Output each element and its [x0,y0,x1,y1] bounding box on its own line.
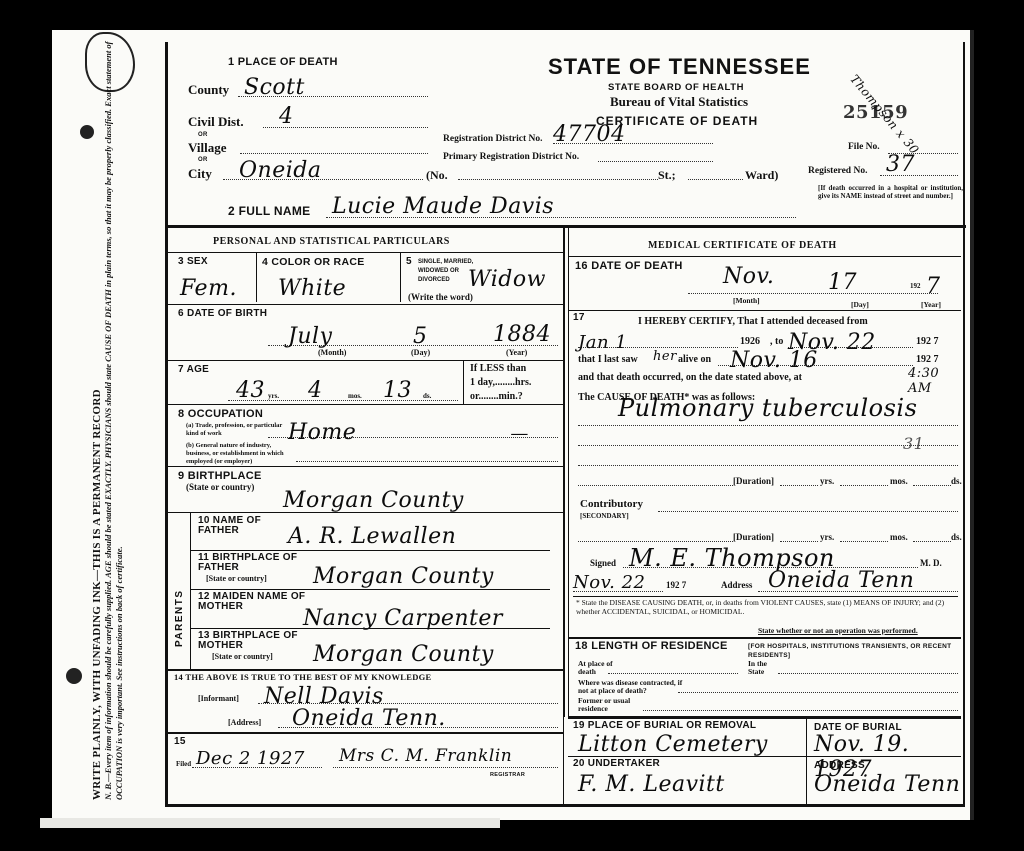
duration-label: [Duration] [733,476,774,486]
divider [568,756,961,757]
attended-from-field[interactable]: Jan 1 [578,332,738,348]
primary-registration-field[interactable] [598,152,713,162]
margin-note: N. B.—Every item of information should b… [103,40,125,800]
month-hint: (Month) [318,348,346,357]
to-label: , to [770,336,783,347]
secondary-label: [SECONDARY] [580,512,629,520]
attended-to-field[interactable]: Nov. 22 [788,330,913,348]
father-birthplace-label: 11 BIRTHPLACE OF FATHER [198,553,303,573]
marital-value[interactable]: Widow [468,267,546,292]
race-value[interactable]: White [278,276,346,301]
margin-instructions: WRITE PLAINLY, WITH UNFADING INK—THIS IS… [92,400,125,800]
city-label: City [188,166,212,182]
sex-value[interactable]: Fem. [180,276,237,301]
or-label-2: OR [198,157,208,163]
filed-date-value: Dec 2 1927 [196,748,305,769]
mother-birthplace-hint: [State or country] [212,652,273,661]
bureau-title: Bureau of Vital Statistics [610,94,748,110]
divider [568,227,569,717]
board-title: STATE BOARD OF HEALTH [608,82,744,93]
certify-num: 17 [573,312,585,323]
father-value[interactable]: A. R. Lewallen [288,524,456,549]
informant-field[interactable]: Nell Davis [258,684,558,704]
ward-field[interactable] [688,168,743,180]
divider [463,360,464,404]
informant-heading: 14 THE ABOVE IS TRUE TO THE BEST OF MY K… [174,672,432,682]
last-saw-date: Nov. 16 [730,348,818,373]
contributory-field[interactable] [658,502,958,512]
occupation-b-label: (b) General nature of industry, business… [186,442,296,466]
occurred-time[interactable]: 4:30 AM [908,366,963,396]
village-label: Village [188,140,227,156]
age-days: 13 [383,378,412,403]
dob-label: 6 DATE OF BIRTH [178,308,267,319]
registered-no-field[interactable]: 37 [880,152,958,176]
attended-to-year: 192 7 [916,336,939,347]
occurred-text: and that death occurred, on the date sta… [578,372,802,383]
day-hint: (Day) [411,348,430,357]
divider [168,360,563,361]
county-value: Scott [244,75,305,100]
place-of-death-heading: 1 PLACE OF DEATH [228,56,338,68]
filed-label: Filed [176,760,191,768]
full-name-value: Lucie Maude Davis [332,194,554,219]
registrar-value: Mrs C. M. Franklin [339,746,512,766]
occupation-label: 8 OCCUPATION [178,408,263,420]
city-value: Oneida [239,158,321,183]
attended-from-year: 1926 [740,336,760,347]
signature-field[interactable]: M. E. Thompson [623,544,918,568]
divider [256,252,257,302]
burial-place-value[interactable]: Litton Cemetery [578,732,768,757]
last-saw-text: that I last saw [578,354,638,365]
divider [806,716,807,806]
divider [190,550,550,551]
mos-hint: mos. [348,392,362,400]
or-label: OR [198,132,208,138]
certify-text: I HEREBY CERTIFY, That I attended deceas… [638,316,868,327]
last-saw-year: 192 7 [916,354,939,365]
burial-place-label: 19 PLACE OF BURIAL OR REMOVAL [573,720,756,731]
in-state-label: In the State [748,660,778,676]
duration-ds-field[interactable] [913,476,951,486]
divider [190,589,550,590]
dod-year-hint: [Year] [921,300,941,309]
occupation-b-field[interactable] [296,454,558,462]
registration-district-label: Registration District No. [443,134,542,144]
yrs-label-2: yrs. [820,532,834,542]
occupation-a-value: Home [288,420,356,445]
physician-address-field[interactable]: Oneida Tenn [758,568,958,592]
divider [568,716,961,719]
undertaker-address-value[interactable]: Oneida Tenn [814,772,960,797]
divider [190,628,550,629]
dod-day-hint: [Day] [851,300,869,309]
undertaker-value[interactable]: F. M. Leavitt [578,772,725,797]
marital-num: 5 [406,256,412,267]
operation-note: State whether or not an operation was pe… [758,626,918,635]
at-place-field[interactable] [608,666,738,674]
certificate-title: CERTIFICATE OF DEATH [596,114,758,128]
divider [400,252,401,302]
ds-label: ds. [951,476,962,486]
paper-edge [40,818,500,828]
birthplace-label: 9 BIRTHPLACE [178,470,262,482]
duration-2-yrs-field[interactable] [780,532,818,542]
age-label: 7 AGE [178,364,209,375]
birthplace-value[interactable]: Morgan County [283,488,464,513]
dob-month: July [288,324,332,349]
duration-2-mos-field[interactable] [840,532,888,542]
cause-code: 31 [903,434,924,453]
father-birthplace-value[interactable]: Morgan County [313,564,494,589]
duration-mos-field[interactable] [840,476,888,486]
age-years: 43 [236,378,265,403]
county-field[interactable]: Scott [238,75,428,97]
address-label: Address [721,580,752,590]
informant-label: [Informant] [198,694,239,703]
ds-label-2: ds. [951,532,962,542]
divider [168,732,563,734]
race-label: 4 COLOR OR RACE [262,256,365,268]
punch-mark [80,125,94,139]
mother-birthplace-value[interactable]: Morgan County [313,642,494,667]
street-no-label: (No. [426,168,448,183]
dod-day: 17 [828,270,857,295]
duration-2-field[interactable] [578,530,733,542]
mos-label: mos. [890,476,908,486]
death-certificate-form: 1 PLACE OF DEATH County Scott Civil Dist… [165,42,965,807]
city-field[interactable]: Oneida [223,158,423,180]
registrar-field[interactable]: Mrs C. M. Franklin [333,746,558,768]
informant-address-label: [Address] [228,718,261,727]
informant-address-field[interactable]: Oneida Tenn. [278,706,558,728]
former-residence-field[interactable] [643,703,958,711]
attended-from-value: Jan 1 [578,332,627,353]
divider [168,304,563,305]
yrs-label: yrs. [820,476,834,486]
divider [168,404,563,405]
physician-address-value: Oneida Tenn [768,568,914,593]
signed-date-value: Nov. 22 [573,572,645,593]
duration-yrs-field[interactable] [780,476,818,486]
dod-month-hint: [Month] [733,296,760,305]
divider [190,512,191,670]
undertaker-address-label: ADDRESS [814,760,865,771]
yrs-hint: yrs. [268,392,279,400]
sex-label: 3 SEX [178,256,208,267]
divider [568,637,961,639]
duration-2-ds-field[interactable] [913,532,951,542]
personal-heading: PERSONAL AND STATISTICAL PARTICULARS [213,236,450,247]
mother-label: 12 MAIDEN NAME OF MOTHER [198,592,318,612]
in-state-field[interactable] [778,666,958,674]
dod-year: 7 [926,274,941,299]
dod-label: 16 DATE OF DEATH [575,260,683,272]
punch-mark-lower [66,668,82,684]
dob-year: 1884 [493,322,551,347]
marital-hint: (Write the word) [408,292,473,302]
where-contracted-field[interactable] [678,685,958,693]
alive-on-label: alive on [678,354,711,365]
signed-date-field[interactable]: Nov. 22 [573,572,663,592]
margin-title: WRITE PLAINLY, WITH UNFADING INK—THIS IS… [92,400,103,800]
registrar-label: REGISTRAR [490,772,525,778]
hospital-note: [If death occurred in a hospital or inst… [818,184,963,200]
footnote: * State the DISEASE CAUSING DEATH, or, i… [576,598,958,616]
year-hint: (Year) [506,348,527,357]
registered-no-value: 37 [886,152,915,177]
state-title: STATE OF TENNESSEE [548,54,811,80]
age-months: 4 [308,378,323,403]
birthplace-hint: (State or country) [186,482,254,492]
mother-birthplace-label: 13 BIRTHPLACE OF MOTHER [198,631,303,651]
ward-label: Ward) [745,168,778,183]
divider [568,310,961,311]
residence-label: 18 LENGTH OF RESIDENCE [575,640,728,652]
where-contracted-label: Where was disease contracted, if not at … [578,679,688,695]
md-label: M. D. [920,558,942,568]
civil-dist-field[interactable]: 4 [263,104,428,128]
medical-heading: MEDICAL CERTIFICATE OF DEATH [648,240,837,251]
duration-1-field[interactable] [578,474,733,486]
parents-label: PARENTS [174,589,185,647]
occupation-a-field[interactable]: Home — [268,420,558,438]
less-than-3: or........min.? [470,391,523,402]
divider [573,596,958,597]
dob-day: 5 [413,324,428,349]
less-than-2: 1 day,........hrs. [470,377,531,388]
file-no-label: File No. [848,142,880,152]
duration-label-2: [Duration] [733,532,774,542]
undertaker-label: 20 UNDERTAKER [573,758,660,769]
divider [168,512,563,513]
county-label: County [188,82,229,98]
filed-num: 15 [174,736,186,747]
dod-year-prefix: 192 [910,282,921,290]
mos-label-2: mos. [890,532,908,542]
residence-hint: [FOR HOSPITALS, INSTITUTIONS TRANSIENTS,… [748,642,958,660]
signed-year: 192 7 [666,580,686,590]
father-label: 10 NAME OF FATHER [198,516,278,536]
occupation-a-extra: — [510,423,529,444]
divider [568,256,961,257]
full-name-label: 2 FULL NAME [228,204,310,218]
cause-line-2[interactable] [578,432,958,446]
last-saw-pronoun[interactable]: her [653,349,677,364]
divider [563,227,565,717]
former-residence-label: Former or usual residence [578,697,638,713]
village-field[interactable] [240,140,428,154]
signed-label: Signed [590,558,616,568]
full-name-field[interactable]: Lucie Maude Davis [326,194,796,218]
father-birthplace-hint: [State or country] [206,574,267,583]
street-field[interactable] [458,168,658,180]
ds-hint: ds. [423,392,431,400]
divider [168,225,966,228]
contributory-label: Contributory [580,498,643,510]
divider [563,717,564,805]
cause-value: Pulmonary tuberculosis [618,394,917,422]
civil-dist-label: Civil Dist. [188,114,244,130]
divider [168,466,563,467]
st-label: St.; [658,168,676,183]
last-saw-field[interactable]: Nov. 16 [718,348,913,366]
divider [168,252,563,253]
registered-no-label: Registered No. [808,166,867,176]
cause-line-3[interactable] [578,454,958,466]
dod-month: Nov. [723,264,774,289]
filed-date-field[interactable]: Dec 2 1927 [192,748,322,768]
informant-address-value: Oneida Tenn. [292,706,446,731]
primary-registration-label: Primary Registration District No. [443,152,579,162]
less-than-1: If LESS than [470,363,526,374]
divider [168,669,563,671]
civil-dist-value: 4 [279,104,294,129]
